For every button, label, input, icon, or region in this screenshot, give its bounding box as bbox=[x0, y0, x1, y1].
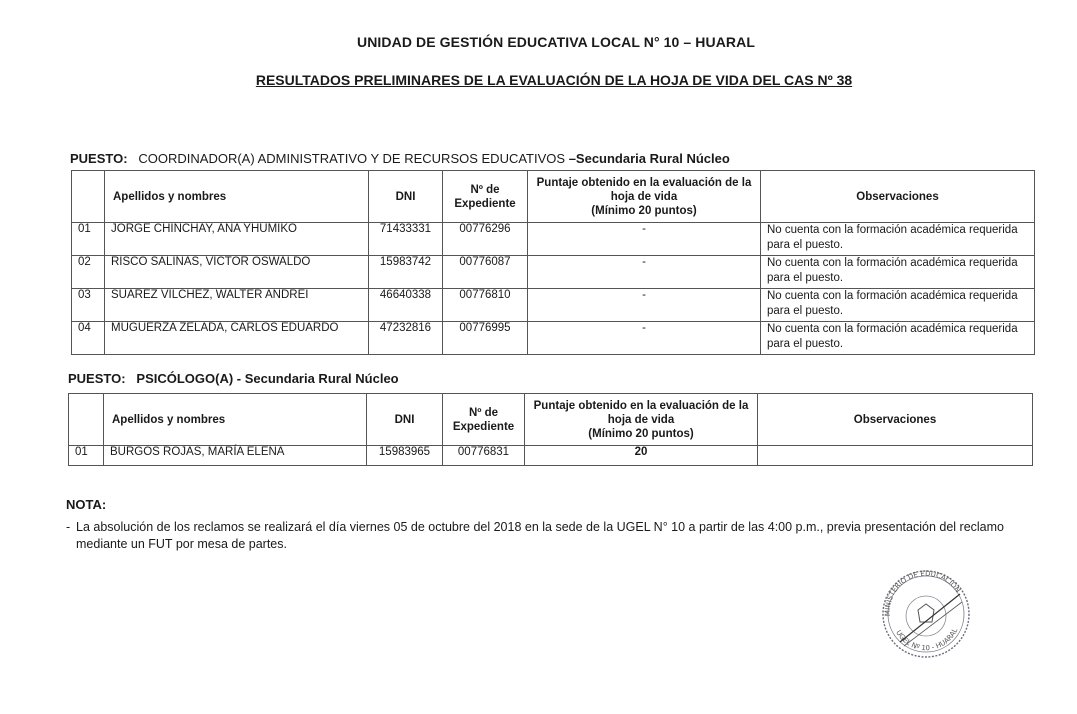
nota-bullet: - bbox=[66, 519, 76, 536]
applicant-observation: No cuenta con la formación académica req… bbox=[761, 289, 1035, 322]
applicant-name: MUGUERZA ZELADA, CARLOS EDUARDO bbox=[105, 322, 369, 355]
applicant-dni: 46640338 bbox=[369, 289, 443, 322]
applicant-observation: No cuenta con la formación académica req… bbox=[761, 256, 1035, 289]
col-nombres: Apellidos y nombres bbox=[105, 171, 369, 223]
document-subtitle: RESULTADOS PRELIMINARES DE LA EVALUACIÓN… bbox=[0, 72, 1077, 88]
official-seal-icon: MINISTERIO DE EDUCACIÓN UGEL Nº 10 - HUA… bbox=[876, 566, 976, 662]
col-dni: DNI bbox=[369, 171, 443, 223]
applicant-dni: 47232816 bbox=[369, 322, 443, 355]
applicant-observation: No cuenta con la formación académica req… bbox=[761, 322, 1035, 355]
applicant-dni: 15983742 bbox=[369, 256, 443, 289]
puesto-name: COORDINADOR(A) ADMINISTRATIVO Y DE RECUR… bbox=[138, 151, 729, 166]
row-number: 04 bbox=[72, 322, 105, 355]
table-row: 01 BURGOS ROJAS, MARÍA ELENA 15983965 00… bbox=[69, 446, 1033, 466]
row-number: 02 bbox=[72, 256, 105, 289]
col-observaciones: Observaciones bbox=[761, 171, 1035, 223]
position-title: COORDINADOR(A) ADMINISTRATIVO Y DE RECUR… bbox=[138, 151, 565, 166]
col-number bbox=[69, 394, 104, 446]
section-1-heading: PUESTO: COORDINADOR(A) ADMINISTRATIVO Y … bbox=[70, 151, 730, 166]
table-row: 01 JORGE CHINCHAY, ANA YHUMIKO 71433331 … bbox=[72, 223, 1035, 256]
results-table-1: Apellidos y nombres DNI Nº deExpediente … bbox=[71, 170, 1035, 355]
applicant-score: 20 bbox=[525, 446, 758, 466]
col-observaciones: Observaciones bbox=[758, 394, 1033, 446]
table-row: 04 MUGUERZA ZELADA, CARLOS EDUARDO 47232… bbox=[72, 322, 1035, 355]
table-header-row: Apellidos y nombres DNI Nº deExpediente … bbox=[72, 171, 1035, 223]
col-expediente: Nº deExpediente bbox=[443, 171, 528, 223]
applicant-dni: 15983965 bbox=[367, 446, 443, 466]
section-2-heading: PUESTO: PSICÓLOGO(A) - Secundaria Rural … bbox=[68, 371, 399, 386]
puesto-label: PUESTO: bbox=[70, 151, 128, 166]
applicant-name: RISCO SALINAS, VICTOR OSWALDO bbox=[105, 256, 369, 289]
applicant-observation bbox=[758, 446, 1033, 466]
nota-line-2: mediante un FUT por mesa de partes. bbox=[66, 536, 1036, 553]
applicant-dni: 71433331 bbox=[369, 223, 443, 256]
applicant-name: JORGE CHINCHAY, ANA YHUMIKO bbox=[105, 223, 369, 256]
applicant-name: BURGOS ROJAS, MARÍA ELENA bbox=[104, 446, 367, 466]
applicant-expediente: 00776296 bbox=[443, 223, 528, 256]
row-number: 01 bbox=[72, 223, 105, 256]
col-dni: DNI bbox=[367, 394, 443, 446]
position-title: PSICÓLOGO(A) bbox=[136, 371, 233, 386]
document-title: UNIDAD DE GESTIÓN EDUCATIVA LOCAL N° 10 … bbox=[0, 34, 1077, 50]
table-row: 02 RISCO SALINAS, VICTOR OSWALDO 1598374… bbox=[72, 256, 1035, 289]
applicant-score: - bbox=[528, 223, 761, 256]
col-number bbox=[72, 171, 105, 223]
nota-line-1: La absolución de los reclamos se realiza… bbox=[76, 520, 1004, 534]
applicant-score: - bbox=[528, 256, 761, 289]
position-suffix: - Secundaria Rural Núcleo bbox=[233, 371, 398, 386]
col-puntaje: Puntaje obtenido en la evaluación de lah… bbox=[528, 171, 761, 223]
row-number: 03 bbox=[72, 289, 105, 322]
col-expediente: Nº deExpediente bbox=[443, 394, 525, 446]
applicant-name: SUAREZ VILCHEZ, WALTER ANDREI bbox=[105, 289, 369, 322]
col-puntaje: Puntaje obtenido en la evaluación de lah… bbox=[525, 394, 758, 446]
applicant-expediente: 00776995 bbox=[443, 322, 528, 355]
position-suffix: –Secundaria Rural Núcleo bbox=[569, 151, 730, 166]
results-table-2: Apellidos y nombres DNI Nº deExpediente … bbox=[68, 393, 1033, 466]
applicant-expediente: 00776810 bbox=[443, 289, 528, 322]
applicant-expediente: 00776087 bbox=[443, 256, 528, 289]
col-nombres: Apellidos y nombres bbox=[104, 394, 367, 446]
applicant-observation: No cuenta con la formación académica req… bbox=[761, 223, 1035, 256]
puesto-label: PUESTO: bbox=[68, 371, 126, 386]
applicant-expediente: 00776831 bbox=[443, 446, 525, 466]
nota-text: -La absolución de los reclamos se realiz… bbox=[66, 519, 1036, 553]
applicant-score: - bbox=[528, 322, 761, 355]
applicant-score: - bbox=[528, 289, 761, 322]
table-row: 03 SUAREZ VILCHEZ, WALTER ANDREI 4664033… bbox=[72, 289, 1035, 322]
table-header-row: Apellidos y nombres DNI Nº deExpediente … bbox=[69, 394, 1033, 446]
nota-title: NOTA: bbox=[66, 497, 106, 512]
puesto-name: PSICÓLOGO(A) - Secundaria Rural Núcleo bbox=[136, 371, 398, 386]
svg-text:MINISTERIO DE EDUCACIÓN: MINISTERIO DE EDUCACIÓN bbox=[884, 570, 962, 617]
row-number: 01 bbox=[69, 446, 104, 466]
